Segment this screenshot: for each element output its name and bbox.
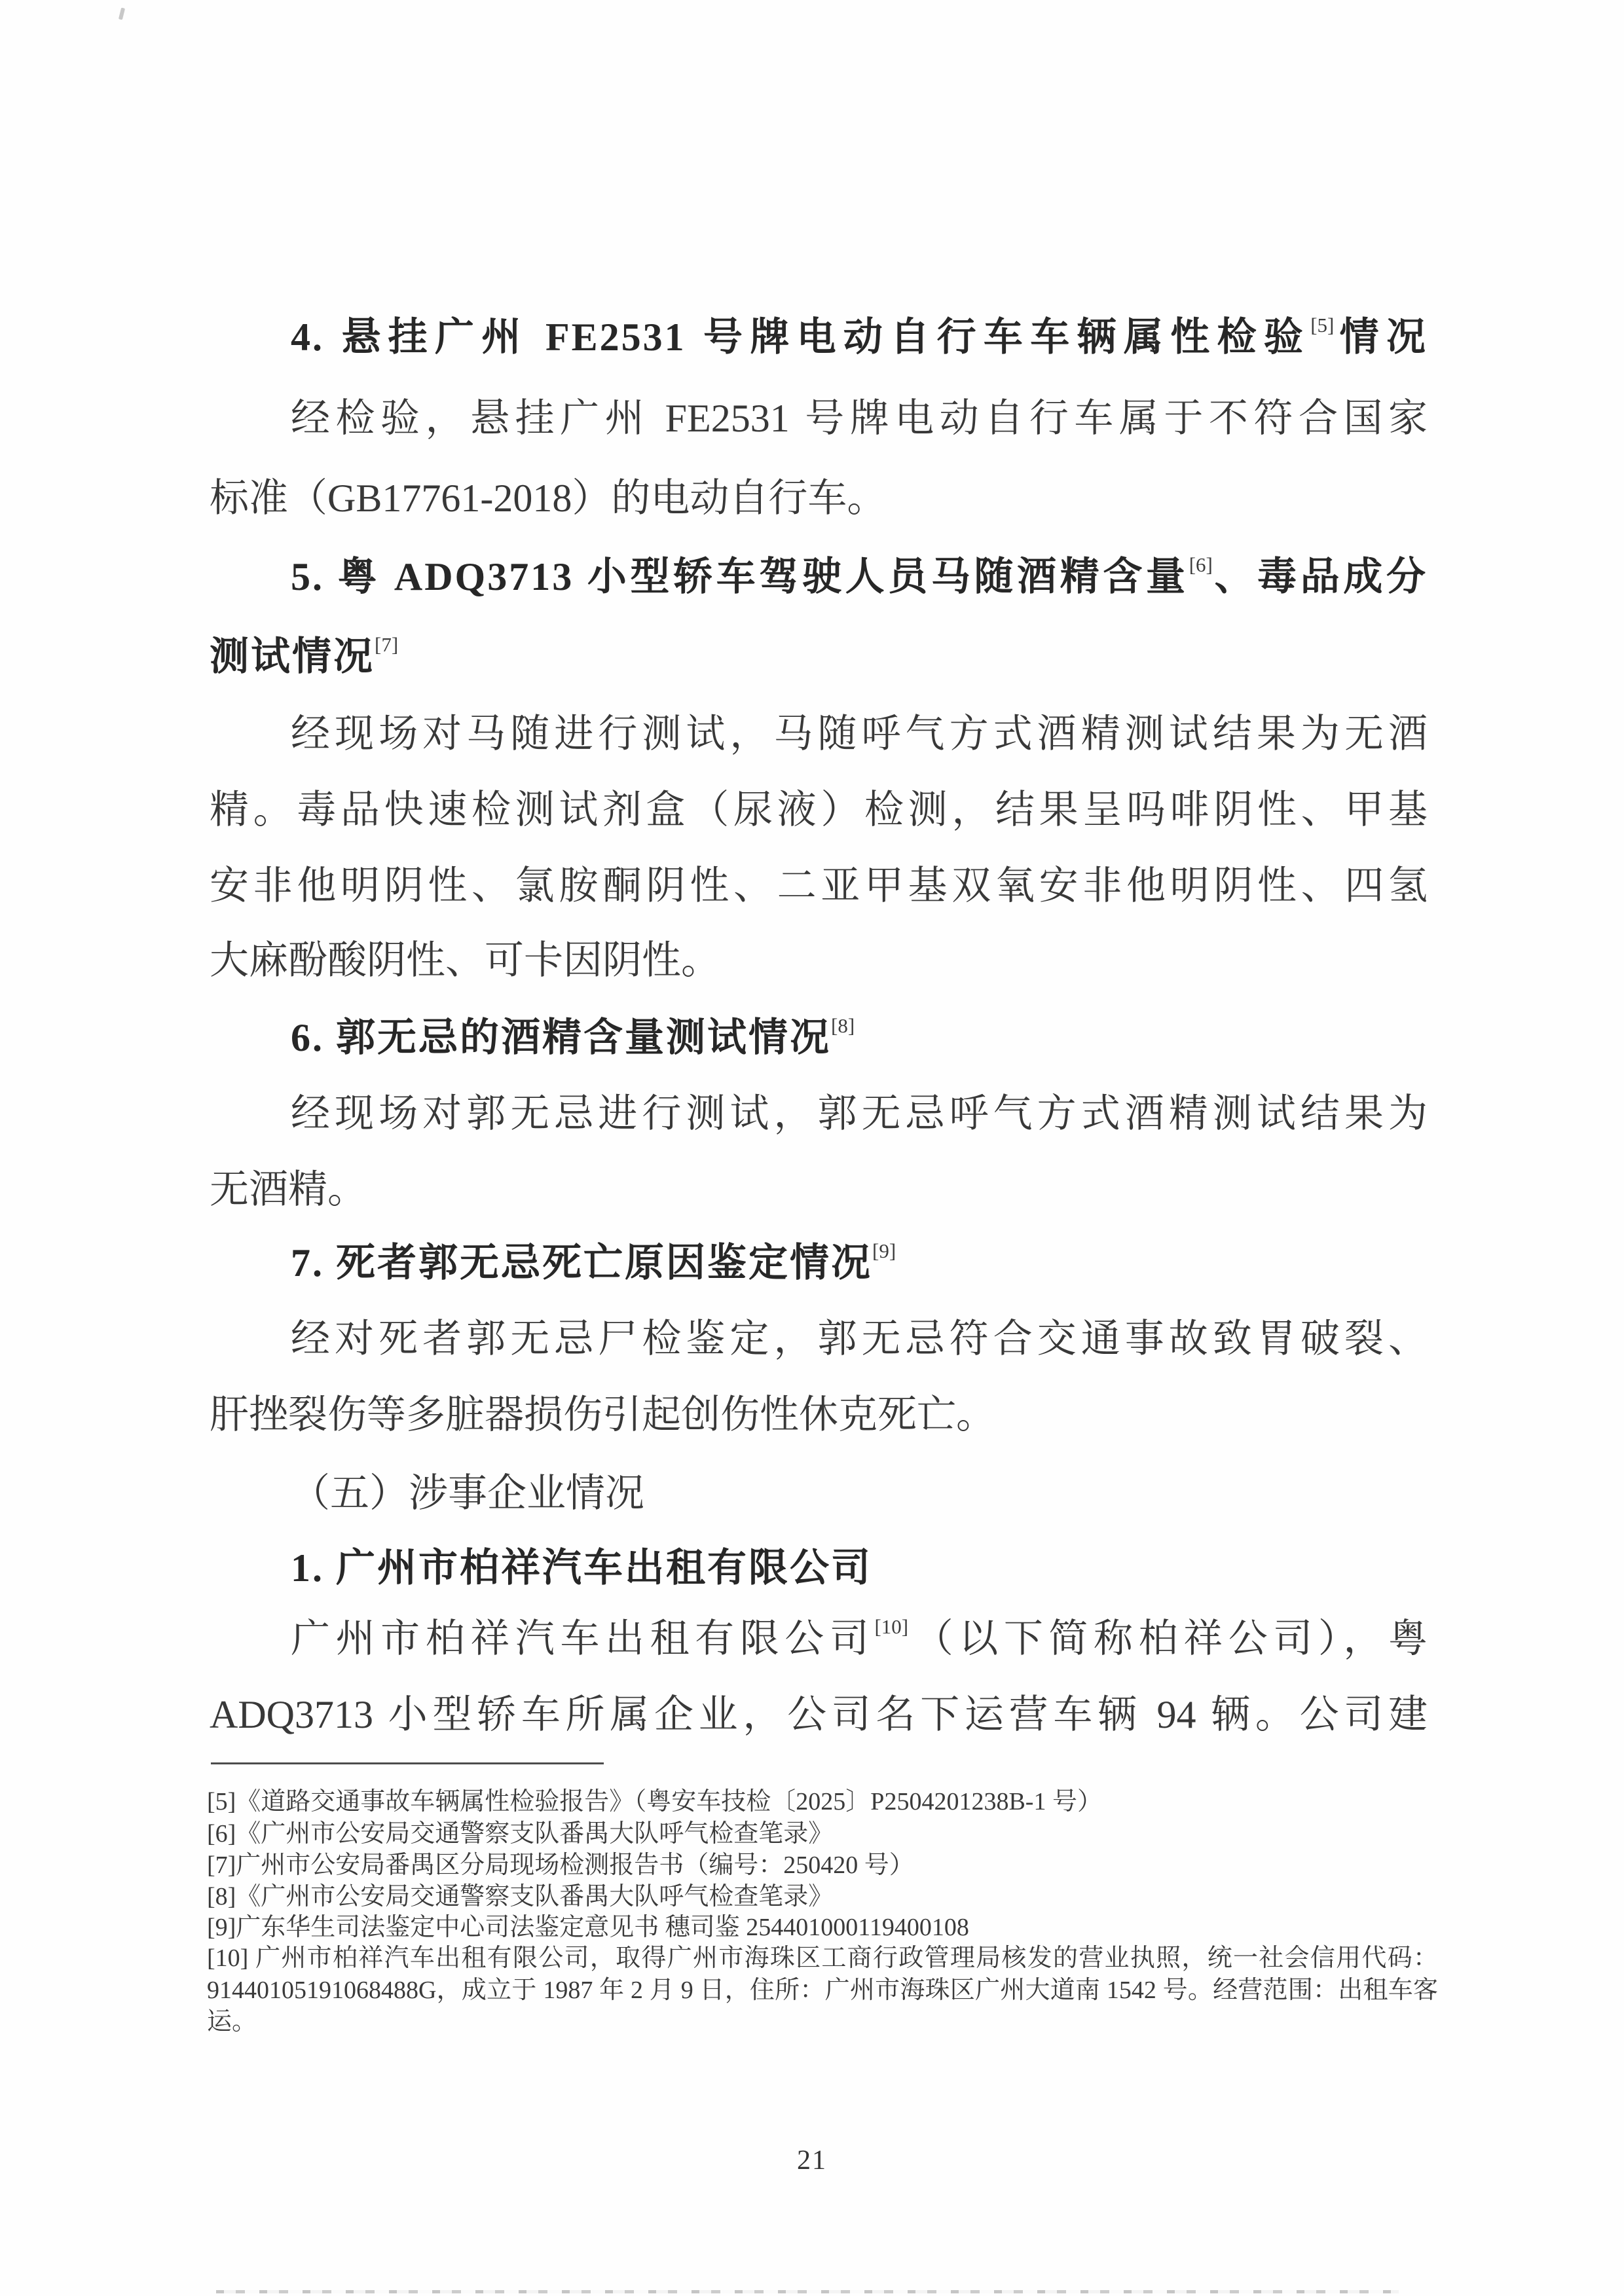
text-segment: 大麻酚酸阴性、可卡因阴性。 <box>210 939 720 982</box>
section-heading-7: 7. 死者郭无忌死亡原因鉴定情况[9] <box>210 1240 1428 1286</box>
footnote-9: [9]广东华生司法鉴定中心司法鉴定意见书 穗司鉴 254401000119400… <box>207 1913 1438 1943</box>
text-segment: 广州市柏祥汽车出租有限公司 <box>291 1617 874 1660</box>
text-segment: 5. 粤 ADQ3713 小型轿车驾驶人员马随酒精含量 <box>291 555 1189 598</box>
paragraph-line: 经现场对马随进行测试，马随呼气方式酒精测试结果为无酒 <box>210 711 1428 757</box>
paragraph-line: 经检验，悬挂广州 FE2531 号牌电动自行车属于不符合国家 <box>210 395 1428 442</box>
paragraph-line: 精。毒品快速检测试剂盒（尿液）检测，结果呈吗啡阴性、甲基 <box>210 787 1428 833</box>
text-segment: （以下简称柏祥公司），粤 <box>908 1617 1428 1660</box>
paragraph-line: 经现场对郭无忌进行测试，郭无忌呼气方式酒精测试结果为 <box>210 1091 1428 1137</box>
text-segment: 1. 广州市柏祥汽车出租有限公司 <box>291 1546 872 1590</box>
footnote-10-line-2: 91440105191068488G，成立于 1987 年 2 月 9 日，住所… <box>207 1976 1438 2006</box>
footnote-6: [6]《广州市公安局交通警察支队番禺大队呼气检查笔录》 <box>207 1819 1438 1850</box>
paragraph-line: 安非他明阴性、氯胺酮阴性、二亚甲基双氧安非他明阴性、四氢 <box>210 863 1428 909</box>
footnote-ref-9: [9] <box>872 1239 896 1262</box>
scan-edge-artifact <box>216 2290 1399 2293</box>
footnote-8: [8]《广州市公安局交通警察支队番禺大队呼气检查笔录》 <box>207 1882 1438 1912</box>
paragraph-line: 无酒精。 <box>210 1167 1428 1213</box>
footnote-ref-5: [5] <box>1310 314 1334 337</box>
text-segment: 经现场对郭无忌进行测试，郭无忌呼气方式酒精测试结果为 <box>291 1092 1428 1135</box>
footnote-7: [7]广州市公安局番禺区分局现场检测报告书（编号：250420 号） <box>207 1851 1438 1881</box>
subsection-heading-5: （五）涉事企业情况 <box>210 1470 1428 1517</box>
text-segment: 无酒精。 <box>210 1168 367 1211</box>
text-segment: 情况 <box>1334 316 1428 359</box>
footnote-ref-8: [8] <box>831 1014 855 1037</box>
section-heading-4: 4. 悬挂广州 FE2531 号牌电动自行车车辆属性检验[5]情况 <box>210 314 1428 361</box>
text-segment: 经检验，悬挂广州 FE2531 号牌电动自行车属于不符合国家 <box>291 397 1428 440</box>
text-segment: 7. 死者郭无忌死亡原因鉴定情况 <box>291 1241 872 1285</box>
text-segment: 6. 郭无忌的酒精含量测试情况 <box>291 1016 831 1059</box>
text-segment: 肝挫裂伤等多脏器损伤引起创伤性休克死亡。 <box>210 1393 995 1436</box>
section-heading-5: 5. 粤 ADQ3713 小型轿车驾驶人员马随酒精含量[6]、毒品成分 <box>210 554 1428 600</box>
text-segment: 精。毒品快速检测试剂盒（尿液）检测，结果呈吗啡阴性、甲基 <box>210 788 1428 831</box>
text-segment: 、毒品成分 <box>1213 555 1428 598</box>
footnote-10-line-3: 运。 <box>207 2007 1438 2037</box>
footnote-10-line-1: [10] 广州市柏祥汽车出租有限公司，取得广州市海珠区工商行政管理局核发的营业执… <box>207 1944 1438 1974</box>
text-segment: 经现场对马随进行测试，马随呼气方式酒精测试结果为无酒 <box>291 712 1428 756</box>
text-segment: ADQ3713 小型轿车所属企业，公司名下运营车辆 94 辆。公司建 <box>210 1693 1428 1736</box>
paragraph-line: 大麻酚酸阴性、可卡因阴性。 <box>210 938 1428 984</box>
footnote-5: [5]《道路交通事故车辆属性检验报告》（粤安车技检〔2025〕P25042012… <box>207 1787 1438 1817</box>
footnote-separator <box>211 1762 604 1764</box>
document-page: 4. 悬挂广州 FE2531 号牌电动自行车车辆属性检验[5]情况 经检验，悬挂… <box>0 0 1624 2296</box>
page-number: 21 <box>0 2145 1624 2176</box>
paragraph-line: 经对死者郭无忌尸检鉴定，郭无忌符合交通事故致胃破裂、 <box>210 1316 1428 1362</box>
paragraph-line: ADQ3713 小型轿车所属企业，公司名下运营车辆 94 辆。公司建 <box>210 1692 1428 1738</box>
scan-speck <box>119 8 125 20</box>
paragraph-line: 标准（GB17761-2018）的电动自行车。 <box>210 475 1428 522</box>
paragraph-line: 肝挫裂伤等多脏器损伤引起创伤性休克死亡。 <box>210 1392 1428 1438</box>
footnote-ref-7: [7] <box>375 633 398 656</box>
footnote-ref-10: [10] <box>874 1615 908 1638</box>
text-segment: 4. 悬挂广州 FE2531 号牌电动自行车车辆属性检验 <box>291 316 1310 359</box>
paragraph-line: 广州市柏祥汽车出租有限公司[10]（以下简称柏祥公司），粤 <box>210 1616 1428 1662</box>
text-segment: 测试情况 <box>210 635 375 678</box>
company-heading-1: 1. 广州市柏祥汽车出租有限公司 <box>210 1545 1428 1592</box>
section-heading-5-cont: 测试情况[7] <box>210 634 1428 680</box>
text-segment: 安非他明阴性、氯胺酮阴性、二亚甲基双氧安非他明阴性、四氢 <box>210 864 1428 907</box>
footnote-ref-6: [6] <box>1189 553 1213 576</box>
section-heading-6: 6. 郭无忌的酒精含量测试情况[8] <box>210 1015 1428 1061</box>
text-segment: 标准（GB17761-2018）的电动自行车。 <box>210 477 886 520</box>
text-segment: 经对死者郭无忌尸检鉴定，郭无忌符合交通事故致胃破裂、 <box>291 1317 1428 1360</box>
text-segment: （五）涉事企业情况 <box>291 1472 644 1515</box>
